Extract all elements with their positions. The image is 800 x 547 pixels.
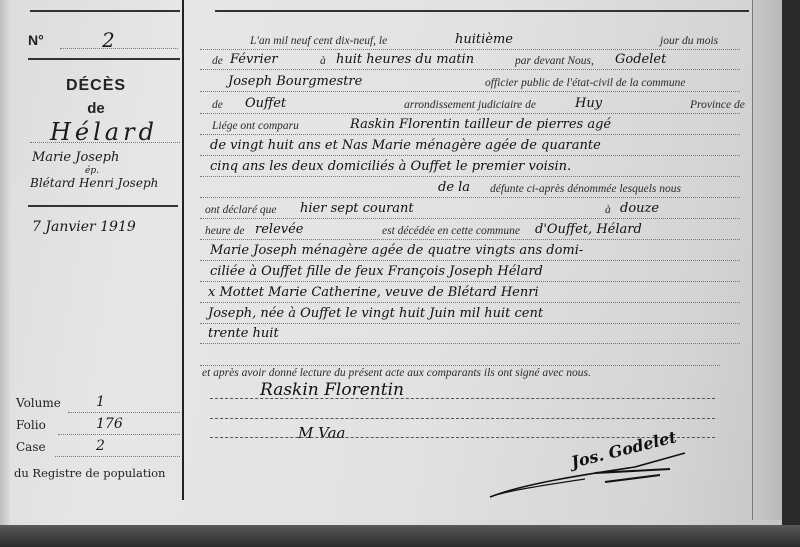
printed-text: Province de <box>690 99 745 111</box>
record-page: N° 2 DÉCÈS de Hélard Marie Joseph ép. Bl… <box>0 0 790 530</box>
body-line-13: x Mottet Marie Catherine, veuve de Bléta… <box>200 281 740 303</box>
printed-text: jour du mois <box>660 35 718 47</box>
signature-witness-1: Raskin Florentin <box>260 380 404 400</box>
signature-witness-2: M Vaa <box>298 424 345 442</box>
printed-text: L'an mil neuf cent dix-neuf, le <box>250 35 387 47</box>
record-body: L'an mil neuf cent dix-neuf, le huitième… <box>200 0 750 520</box>
death-date: 7 Janvier 1919 <box>32 219 136 235</box>
divider <box>28 58 180 60</box>
book-edge-shadow <box>782 0 800 547</box>
dotted-line <box>68 412 180 413</box>
deceased-given-names: Marie Joseph <box>32 150 119 165</box>
handwritten-text: Godelet <box>615 52 666 67</box>
handwritten-text: Février <box>230 52 278 67</box>
handwritten-text: douze <box>620 201 659 216</box>
margin-column: N° 2 DÉCÈS de Hélard Marie Joseph ép. Bl… <box>10 0 182 520</box>
body-line-9: ont déclaré que hier sept courant à douz… <box>200 197 740 219</box>
column-divider <box>182 0 184 500</box>
volume-label: Volume <box>16 396 61 410</box>
body-line-14: Joseph, née à Ouffet le vingt huit Juin … <box>200 302 740 324</box>
dotted-line <box>30 142 180 143</box>
printed-text: de <box>212 99 223 111</box>
printed-text: heure de <box>205 225 245 237</box>
signature-line <box>210 398 715 399</box>
handwritten-text: relevée <box>255 222 304 237</box>
spouse-prefix: ép. <box>85 166 99 176</box>
volume-value: 1 <box>96 394 105 410</box>
divider <box>30 10 180 12</box>
register-volume-row: Volume 1 <box>16 396 61 410</box>
body-line-10: heure de relevée est décédée en cette co… <box>200 218 740 240</box>
signature-flourish <box>485 445 705 505</box>
divider <box>28 205 178 207</box>
handwritten-text: huit heures du matin <box>336 52 474 67</box>
record-number-label: N° <box>28 32 44 48</box>
printed-text: ont déclaré que <box>205 204 277 216</box>
dotted-line <box>58 434 180 435</box>
handwritten-text: ciliée à Ouffet fille de feux François J… <box>210 264 543 279</box>
record-type-de: de <box>10 100 182 117</box>
register-case-row: Case 2 <box>16 440 46 454</box>
case-label: Case <box>16 440 46 454</box>
body-line-3: Joseph Bourgmestre officier public de l'… <box>200 70 740 92</box>
dotted-line <box>55 456 180 457</box>
body-line-4: de Ouffet arrondissement judiciaire de H… <box>200 92 740 114</box>
book-bottom-shadow <box>0 525 800 547</box>
handwritten-text: trente huit <box>208 326 279 341</box>
printed-text: défunte ci-après dénommée lesquels nous <box>490 183 681 195</box>
folio-value: 176 <box>96 416 123 432</box>
handwritten-text: d'Ouffet, Hélard <box>535 222 642 237</box>
body-line-15: trente huit <box>200 322 740 344</box>
spouse-name: Blétard Henri Joseph <box>30 176 158 190</box>
signature-line <box>210 418 715 419</box>
body-line-6: de vingt huit ans et Nas Marie ménagère … <box>200 134 740 156</box>
folio-label: Folio <box>16 418 46 432</box>
handwritten-text: Huy <box>575 96 602 111</box>
body-line-1: L'an mil neuf cent dix-neuf, le huitième… <box>200 28 740 50</box>
handwritten-text: cinq ans les deux domiciliés à Ouffet le… <box>210 159 571 174</box>
body-line-5: Liége ont comparu Raskin Florentin taill… <box>200 113 740 135</box>
printed-text: de <box>212 55 223 67</box>
printed-text: à <box>605 204 611 216</box>
handwritten-text: x Mottet Marie Catherine, veuve de Bléta… <box>208 285 539 300</box>
handwritten-text: Marie Joseph ménagère agée de quatre vin… <box>210 243 583 258</box>
printed-text: arrondissement judiciaire de <box>404 99 536 111</box>
printed-text: officier public de l'état-civil de la co… <box>485 77 685 89</box>
handwritten-text: de vingt huit ans et Nas Marie ménagère … <box>210 138 601 153</box>
body-line-11: Marie Joseph ménagère agée de quatre vin… <box>200 239 740 261</box>
body-line-2: de Février à huit heures du matin par de… <box>200 48 740 70</box>
record-type-title: DÉCÈS <box>10 77 182 95</box>
printed-text: Liége ont comparu <box>212 120 299 132</box>
top-rule <box>215 10 749 12</box>
book-binding <box>0 0 10 530</box>
register-folio-row: Folio 176 <box>16 418 46 432</box>
handwritten-text: Joseph Bourgmestre <box>228 74 362 89</box>
closing-text: et après avoir donné lecture du présent … <box>202 367 591 379</box>
printed-text: à <box>320 55 326 67</box>
handwritten-text: de la <box>438 180 470 195</box>
body-line-12: ciliée à Ouffet fille de feux François J… <box>200 260 740 282</box>
closing-line: et après avoir donné lecture du présent … <box>200 360 740 381</box>
dotted-line <box>60 48 178 49</box>
body-line-8: de la défunte ci-après dénommée lesquels… <box>200 176 740 198</box>
handwritten-text: Joseph, née à Ouffet le vingt huit Juin … <box>208 306 543 321</box>
handwritten-text: huitième <box>455 32 513 47</box>
handwritten-text: hier sept courant <box>300 201 414 216</box>
handwritten-text: Raskin Florentin tailleur de pierres agé <box>350 117 611 132</box>
register-footer: du Registre de population <box>14 466 165 480</box>
body-line-7: cinq ans les deux domiciliés à Ouffet le… <box>200 155 740 177</box>
case-value: 2 <box>96 438 105 454</box>
printed-text: par devant Nous, <box>515 55 594 67</box>
handwritten-text: Ouffet <box>245 96 286 111</box>
printed-text: est décédée en cette commune <box>382 225 520 237</box>
